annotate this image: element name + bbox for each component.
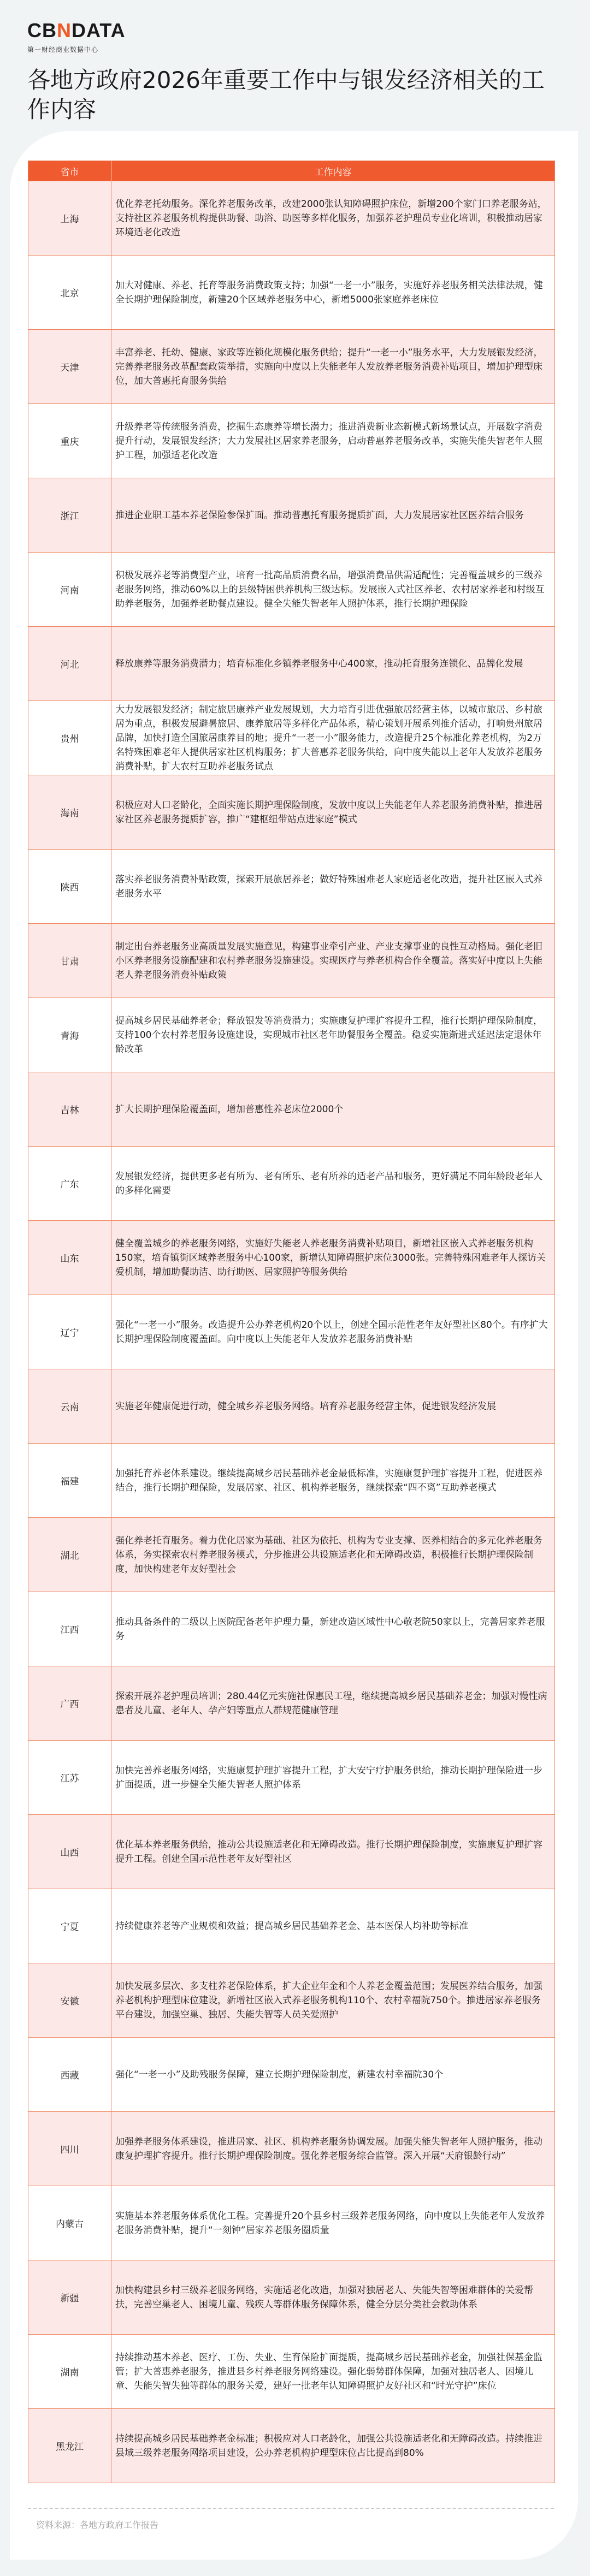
content-cell: 提高城乡居民基础养老金；释放银发等消费潜力；实施康复护理扩容提升工程，推行长期护…	[111, 998, 554, 1072]
table-row: 安徽加快发展多层次、多支柱养老保险体系，扩大企业年金和个人养老金覆盖范围；发展医…	[28, 1963, 554, 2037]
province-cell: 海南	[28, 775, 111, 849]
logo-suffix: DATA	[72, 19, 126, 41]
table-row: 甘肃制定出台养老服务业高质量发展实施意见，构建事业牵引产业、产业支撑事业的良性互…	[28, 923, 554, 998]
content-cell: 加快完善养老服务网络，实施康复护理扩容提升工程，扩大安宁疗护服务供给，推动长期护…	[111, 1741, 554, 1814]
province-cell: 辽宁	[28, 1295, 111, 1369]
province-cell: 宁夏	[28, 1889, 111, 1963]
table-row: 重庆升级养老等传统服务消费，挖掘生态康养等增长潜力；推进消费新业态新模式新场景试…	[28, 403, 554, 478]
content-cell: 持续推动基本养老、医疗、工伤、失业、生育保险扩面提质，提高城乡居民基础养老金，加…	[111, 2335, 554, 2408]
logo-prefix: CB	[27, 19, 57, 41]
province-cell: 陕西	[28, 850, 111, 923]
content-cell: 实施基本养老服务体系优化工程。完善提升20个县乡村三级养老服务网络，向中度以上失…	[111, 2186, 554, 2260]
table-row: 新疆加快构建县乡村三级养老服务网络，实施适老化改造，加强对独居老人、失能失智等困…	[28, 2260, 554, 2334]
table-row: 西藏强化“一老一小”及助残服务保障，建立长期护理保险制度，新建农村幸福院30个	[28, 2037, 554, 2111]
table-row: 河南积极发展养老等消费型产业，培育一批高品质消费名品，增强消费品供需适配性；完善…	[28, 552, 554, 626]
content-cell: 释放康养等服务消费潜力；培育标准化乡镇养老服务中心400家，推动托育服务连锁化、…	[111, 627, 554, 701]
table-row: 江西推动具备条件的二级以上医院配备老年护理力量，新建改造区域性中心敬老院50家以…	[28, 1592, 554, 1666]
table-row: 天津丰富养老、托幼、健康、家政等连锁化规模化服务供给；提升“一老一小”服务水平，…	[28, 329, 554, 403]
province-cell: 广西	[28, 1666, 111, 1740]
content-cell: 积极应对人口老龄化，全面实施长期护理保险制度，发放中度以上失能老年人养老服务消费…	[111, 775, 554, 849]
province-cell: 黑龙江	[28, 2409, 111, 2483]
content-cell: 推动具备条件的二级以上医院配备老年护理力量，新建改造区域性中心敬老院50家以上，…	[111, 1592, 554, 1666]
table-row: 宁夏持续健康养老等产业规模和效益；提高城乡居民基础养老金、基本医保人均补助等标准	[28, 1889, 554, 1963]
province-cell: 山东	[28, 1221, 111, 1295]
table-row: 山西优化基本养老服务供给，推动公共设施适老化和无障碍改造。推行长期护理保险制度，…	[28, 1814, 554, 1889]
dashed-divider	[28, 2508, 554, 2509]
province-cell: 上海	[28, 181, 111, 255]
province-cell: 浙江	[28, 478, 111, 552]
page-title: 各地方政府2026年重要工作中与银发经济相关的工作内容	[27, 66, 563, 124]
province-cell: 福建	[28, 1444, 111, 1517]
content-cell: 加大对健康、养老、托育等服务消费政策支持；加强“一老一小”服务，实施好养老服务相…	[111, 256, 554, 329]
province-cell: 吉林	[28, 1072, 111, 1146]
content-cell: 强化“一老一小”及助残服务保障，建立长期护理保险制度，新建农村幸福院30个	[111, 2038, 554, 2111]
logo-wordmark: CBNDATA	[27, 20, 126, 41]
cbndata-logo: CBNDATA 第一财经商业数据中心	[27, 20, 126, 54]
table-row: 湖南持续推动基本养老、医疗、工伤、失业、生育保险扩面提质，提高城乡居民基础养老金…	[28, 2334, 554, 2408]
content-cell: 持续健康养老等产业规模和效益；提高城乡居民基础养老金、基本医保人均补助等标准	[111, 1889, 554, 1963]
table-row: 江苏加快完善养老服务网络，实施康复护理扩容提升工程，扩大安宁疗护服务供给，推动长…	[28, 1740, 554, 1814]
content-cell: 强化养老托育服务。着力优化居家为基础、社区为依托、机构为专业支撑、医养相结合的多…	[111, 1518, 554, 1592]
table-row: 黑龙江持续提高城乡居民基础养老金标准；积极应对人口老龄化，加强公共设施适老化和无…	[28, 2408, 554, 2483]
province-cell: 安徽	[28, 1963, 111, 2037]
province-cell: 贵州	[28, 701, 111, 775]
content-cell: 推进企业职工基本养老保险参保扩面。推动普惠托育服务提质扩面，大力发展居家社区医养…	[111, 478, 554, 552]
content-cell: 加强养老服务体系建设，推进居家、社区、机构养老服务协调发展。加强失能失智老年人照…	[111, 2112, 554, 2186]
table-body: 上海优化养老托幼服务。深化养老服务改革，改建2000张认知障碍照护床位，新增20…	[28, 181, 554, 2483]
province-cell: 河南	[28, 553, 111, 626]
content-cell: 优化养老托幼服务。深化养老服务改革，改建2000张认知障碍照护床位，新增200个…	[111, 181, 554, 255]
content-cell: 优化基本养老服务供给，推动公共设施适老化和无障碍改造。推行长期护理保险制度，实施…	[111, 1815, 554, 1889]
table-row: 贵州大力发展银发经济；制定旅居康养产业发展规划，大力培育引进优强旅居经营主体，以…	[28, 701, 554, 775]
province-cell: 江苏	[28, 1741, 111, 1814]
content-cell: 扩大长期护理保险覆盖面，增加普惠性养老床位2000个	[111, 1072, 554, 1146]
table-row: 浙江推进企业职工基本养老保险参保扩面。推动普惠托育服务提质扩面，大力发展居家社区…	[28, 478, 554, 552]
table-row: 上海优化养老托幼服务。深化养老服务改革，改建2000张认知障碍照护床位，新增20…	[28, 181, 554, 255]
province-cell: 新疆	[28, 2260, 111, 2334]
table-row: 辽宁强化“一老一小”服务。改造提升公办养老机构20个以上，创建全国示范性老年友好…	[28, 1295, 554, 1369]
province-cell: 广东	[28, 1147, 111, 1220]
content-cell: 实施老年健康促进行动，健全城乡养老服务网络。培育养老服务经营主体，促进银发经济发…	[111, 1369, 554, 1443]
table-row: 福建加强托育养老体系建设。继续提高城乡居民基础养老金最低标准，实施康复护理扩容提…	[28, 1443, 554, 1517]
content-cell: 发展银发经济，提供更多老有所为、老有所乐、老有所养的适老产品和服务，更好满足不同…	[111, 1147, 554, 1220]
province-cell: 甘肃	[28, 924, 111, 998]
province-cell: 湖南	[28, 2335, 111, 2408]
table-row: 北京加大对健康、养老、托育等服务消费政策支持；加强“一老一小”服务，实施好养老服…	[28, 255, 554, 329]
table-row: 广东发展银发经济，提供更多老有所为、老有所乐、老有所养的适老产品和服务，更好满足…	[28, 1146, 554, 1220]
table-row: 云南实施老年健康促进行动，健全城乡养老服务网络。培育养老服务经营主体，促进银发经…	[28, 1369, 554, 1443]
content-cell: 强化“一老一小”服务。改造提升公办养老机构20个以上，创建全国示范性老年友好型社…	[111, 1295, 554, 1369]
table-row: 河北释放康养等服务消费潜力；培育标准化乡镇养老服务中心400家，推动托育服务连锁…	[28, 626, 554, 701]
table-row: 青海提高城乡居民基础养老金；释放银发等消费潜力；实施康复护理扩容提升工程，推行长…	[28, 998, 554, 1072]
province-cell: 河北	[28, 627, 111, 701]
content-cell: 升级养老等传统服务消费，挖掘生态康养等增长潜力；推进消费新业态新模式新场景试点，…	[111, 404, 554, 478]
content-cell: 制定出台养老服务业高质量发展实施意见，构建事业牵引产业、产业支撑事业的良性互动格…	[111, 924, 554, 998]
logo-subtitle: 第一财经商业数据中心	[27, 45, 126, 54]
table-header: 省市 工作内容	[28, 161, 554, 181]
province-cell: 西藏	[28, 2038, 111, 2111]
content-cell: 探索开展养老护理员培训；280.44亿元实施社保惠民工程，继续提高城乡居民基础养…	[111, 1666, 554, 1740]
header-province: 省市	[28, 161, 111, 181]
table-row: 吉林扩大长期护理保险覆盖面，增加普惠性养老床位2000个	[28, 1072, 554, 1146]
province-cell: 重庆	[28, 404, 111, 478]
table-row: 山东健全覆盖城乡的养老服务网络，实施好失能老人养老服务消费补贴项目，新增社区嵌入…	[28, 1220, 554, 1295]
table-row: 陕西落实养老服务消费补贴政策，探索开展旅居养老；做好特殊困难老人家庭适老化改造，…	[28, 849, 554, 923]
province-cell: 江西	[28, 1592, 111, 1666]
province-cell: 北京	[28, 256, 111, 329]
content-cell: 加强托育养老体系建设。继续提高城乡居民基础养老金最低标准，实施康复护理扩容提升工…	[111, 1444, 554, 1517]
content-cell: 大力发展银发经济；制定旅居康养产业发展规划，大力培育引进优强旅居经营主体，以城市…	[111, 701, 554, 775]
content-cell: 落实养老服务消费补贴政策，探索开展旅居养老；做好特殊困难老人家庭适老化改造，提升…	[111, 850, 554, 923]
province-cell: 湖北	[28, 1518, 111, 1592]
content-cell: 加快发展多层次、多支柱养老保险体系，扩大企业年金和个人养老金覆盖范围；发展医养结…	[111, 1963, 554, 2037]
table-row: 广西探索开展养老护理员培训；280.44亿元实施社保惠民工程，继续提高城乡居民基…	[28, 1666, 554, 1740]
content-cell: 持续提高城乡居民基础养老金标准；积极应对人口老龄化，加强公共设施适老化和无障碍改…	[111, 2409, 554, 2483]
content-cell: 加快构建县乡村三级养老服务网络，实施适老化改造，加强对独居老人、失能失智等困难群…	[111, 2260, 554, 2334]
policy-table: 省市 工作内容 上海优化养老托幼服务。深化养老服务改革，改建2000张认知障碍照…	[28, 161, 555, 2483]
table-row: 海南积极应对人口老龄化，全面实施长期护理保险制度，发放中度以上失能老年人养老服务…	[28, 775, 554, 849]
province-cell: 内蒙古	[28, 2186, 111, 2260]
province-cell: 云南	[28, 1369, 111, 1443]
content-cell: 积极发展养老等消费型产业，培育一批高品质消费名品，增强消费品供需适配性；完善覆盖…	[111, 553, 554, 626]
content-cell: 健全覆盖城乡的养老服务网络，实施好失能老人养老服务消费补贴项目，新增社区嵌入式养…	[111, 1221, 554, 1295]
table-row: 内蒙古实施基本养老服务体系优化工程。完善提升20个县乡村三级养老服务网络，向中度…	[28, 2186, 554, 2260]
header-content: 工作内容	[111, 161, 554, 181]
logo-accent: N	[57, 19, 72, 41]
content-cell: 丰富养老、托幼、健康、家政等连锁化规模化服务供给；提升“一老一小”服务水平，大力…	[111, 330, 554, 403]
table-row: 湖北强化养老托育服务。着力优化居家为基础、社区为依托、机构为专业支撑、医养相结合…	[28, 1517, 554, 1592]
source-note: 资料来源：各地方政府工作报告	[36, 2518, 158, 2531]
province-cell: 青海	[28, 998, 111, 1072]
province-cell: 天津	[28, 330, 111, 403]
province-cell: 山西	[28, 1815, 111, 1889]
table-row: 四川加强养老服务体系建设，推进居家、社区、机构养老服务协调发展。加强失能失智老年…	[28, 2111, 554, 2186]
province-cell: 四川	[28, 2112, 111, 2186]
